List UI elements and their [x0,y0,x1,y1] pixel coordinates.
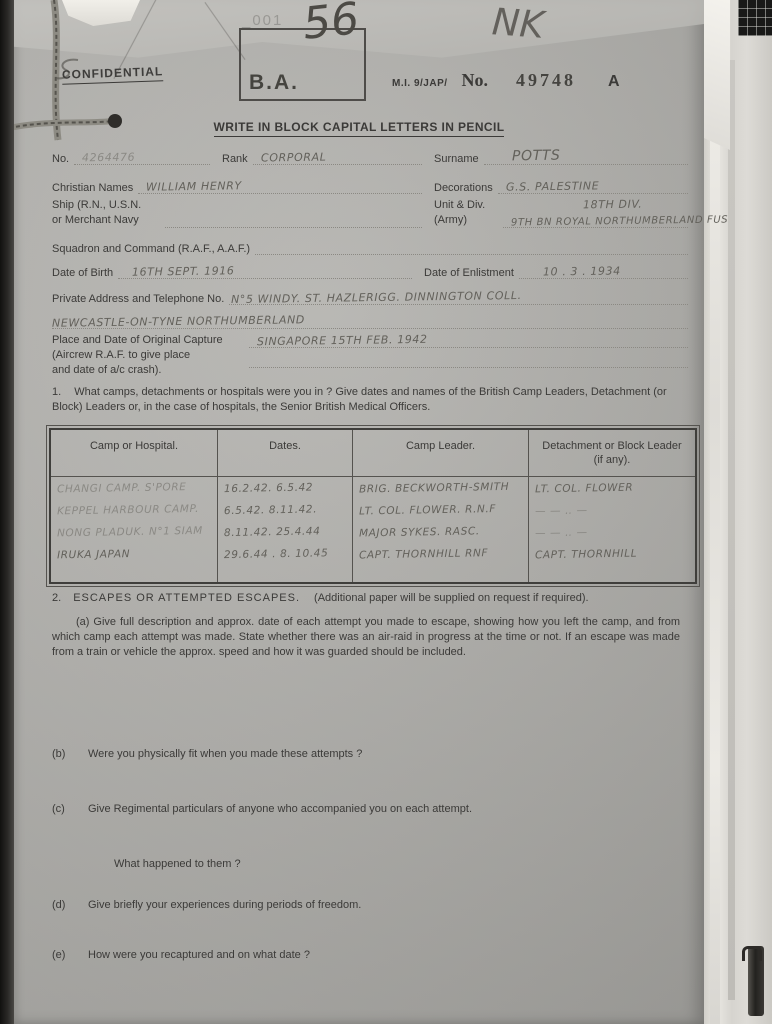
detachment-column: LT. COL. FLOWER — — ‥ — — — ‥ — CAPT. TH… [529,477,695,582]
handwritten-stamp-number: 56 [300,0,361,50]
mi9-ref-prefix: M.I. 9/JAP/ [392,78,448,89]
rank-value: CORPORAL [261,151,327,165]
field-row-squadron: Squadron and Command (R.A.F., A.A.F.) [52,240,688,255]
pencil-corner-mark: NK [491,0,546,47]
table-row-camp: KEPPEL HARBOUR CAMP. [57,503,213,518]
table-row-camp: IRUKA JAPAN [57,547,213,562]
table-row-leader: BRIG. BECKWORTH-SMITH [359,481,524,496]
question-2d-text: Give briefly your experiences during per… [88,898,361,913]
table-row-detachment: — — ‥ — [535,525,691,540]
question-2-title: ESCAPES OR ATTEMPTED ESCAPES. [73,591,300,606]
camp-table-header-dates: Dates. [218,430,353,477]
date-of-birth-value: 16TH SEPT. 1916 [132,264,235,278]
capture-label-line2: (Aircrew R.A.F. to give place [52,348,244,363]
confidential-marking: CONFIDENTIAL [62,64,164,85]
division-value: 18TH DIV. [583,198,643,212]
christian-names-label: Christian Names [52,182,133,194]
question-1: 1. What camps, detachments or hospitals … [52,385,680,415]
camp-table-header-leader: Camp Leader. [353,430,529,477]
table-row-dates: 16.2.42. 6.5.42 [224,481,348,495]
ba-stamp-label: B.A. [249,71,299,95]
field-row-dates: Date of Birth 16TH SEPT. 1916 Date of En… [52,264,688,279]
question-2e: (e) How were you recaptured and on what … [52,948,680,963]
question-1-text: What camps, detachments or hospitals wer… [52,386,667,413]
question-1-number: 1. [52,386,61,398]
ship-value-line [165,213,422,228]
camp-table: Camp or Hospital. Dates. Camp Leader. De… [49,428,697,584]
table-row-dates: 8.11.42. 25.4.44 [224,525,348,539]
faint-page-number: _001 [242,12,283,29]
question-2c2-text: What happened to them ? [114,858,241,870]
date-of-enlistment-value: 10 . 3 . 1934 [543,264,621,278]
field-row-identity: No. 4264476 Rank CORPORAL Surname POTTS [52,150,688,165]
question-2a-letter: (a) [76,616,89,628]
question-2b-text: Were you physically fit when you made th… [88,747,362,762]
table-row-detachment: — — ‥ — [535,503,691,518]
questionnaire-page: _001 NK CONFIDENTIAL B.A. 56 M.I. 9/JAP/… [14,0,704,1024]
form-instruction-title: WRITE IN BLOCK CAPITAL LETTERS IN PENCIL [14,120,704,134]
ref-no-label: No. [462,70,489,91]
table-row-camp: NONG PLADUK. N°1 SIAM [57,525,213,540]
address-value-line1: N°5 WINDY. ST. HAZLERIGG. DINNINGTON COL… [231,289,522,306]
question-2e-text: How were you recaptured and on what date… [88,948,310,963]
dates-column: 16.2.42. 6.5.42 6.5.42. 8.11.42. 8.11.42… [218,477,353,582]
decorations-label: Decorations [434,182,493,194]
question-2d-letter: (d) [52,898,88,913]
binder-clip [748,946,764,1016]
table-row-dates: 6.5.42. 8.11.42. [224,503,348,517]
unit-value: 9TH BN ROYAL NORTHUMBERLAND FUS [511,214,728,228]
question-2b: (b) Were you physically fit when you mad… [52,747,680,762]
date-of-birth-label: Date of Birth [52,267,113,279]
question-2d: (d) Give briefly your experiences during… [52,898,680,913]
question-2c-followup: What happened to them ? [52,857,680,872]
photo-corner-grid [738,0,772,36]
reference-number-line: M.I. 9/JAP/ No. 49748 A [392,70,620,91]
question-2c-text: Give Regimental particulars of anyone wh… [88,802,472,817]
question-2b-letter: (b) [52,747,88,762]
question-2c-letter: (c) [52,802,88,817]
paper-edge-strip [728,60,735,1000]
christian-names-value: WILLIAM HENRY [146,179,242,193]
field-row-address: Private Address and Telephone No. N°5 WI… [52,290,688,305]
table-row-detachment: LT. COL. FLOWER [535,481,691,496]
squadron-value-line [255,240,688,255]
field-row-ship-unit: Ship (R.N., U.S.N. or Merchant Navy Unit… [52,198,688,228]
table-row-leader: MAJOR SYKES. RASC. [359,525,524,540]
camp-table-header-camp: Camp or Hospital. [51,430,218,477]
unit-div-label-line2: (Army) [434,213,498,228]
unit-div-label-line1: Unit & Div. [434,198,498,213]
question-2a: (a) Give full description and approx. da… [52,615,680,660]
ba-stamp-box: B.A. 56 [239,28,366,101]
leader-column: BRIG. BECKWORTH-SMITH LT. COL. FLOWER. R… [353,477,529,582]
no-label: No. [52,153,69,165]
question-2-heading: 2. ESCAPES OR ATTEMPTED ESCAPES. (Additi… [52,591,680,606]
surname-value: POTTS [512,148,561,165]
capture-label-line1: Place and Date of Original Capture [52,333,244,348]
capture-label-line3: and date of a/c crash). [52,363,244,378]
capture-value: SINGAPORE 15TH FEB. 1942 [257,333,428,348]
table-row-dates: 29.6.44 . 8. 10.45 [224,547,348,561]
surname-label: Surname [434,153,479,165]
field-row-capture: Place and Date of Original Capture (Airc… [52,333,688,378]
field-row-names: Christian Names WILLIAM HENRY Decoration… [52,179,688,194]
ref-number: 49748 [516,70,576,91]
table-row-leader: CAPT. THORNHILL RNF [359,547,524,562]
camp-column: CHANGI CAMP. S'PORE KEPPEL HARBOUR CAMP.… [51,477,218,582]
rank-label: Rank [222,153,248,165]
table-row-leader: LT. COL. FLOWER. R.N.F [359,503,524,518]
capture-value-line2 [249,353,688,368]
question-2a-text: Give full description and approx. date o… [52,616,680,658]
camp-table-header-detachment: Detachment or Block Leader (if any). [529,430,695,477]
photo-dark-edge-left [0,0,14,1024]
table-row-camp: CHANGI CAMP. S'PORE [57,481,213,496]
ship-label-line2: or Merchant Navy [52,213,160,228]
ship-label-line1: Ship (R.N., U.S.N. [52,198,160,213]
address-value-line2: NEWCASTLE-ON-TYNE NORTHUMBERLAND [52,313,305,330]
question-2e-letter: (e) [52,948,88,963]
service-number-value: 4264476 [82,151,135,165]
paper-edge-strip [710,0,720,1024]
address-label: Private Address and Telephone No. [52,293,224,305]
question-2c: (c) Give Regimental particulars of anyon… [52,802,680,817]
ref-suffix: A [608,73,620,91]
squadron-label: Squadron and Command (R.A.F., A.A.F.) [52,243,250,255]
question-2-number: 2. [52,591,61,606]
table-row-detachment: CAPT. THORNHILL [535,547,691,562]
date-of-enlistment-label: Date of Enlistment [424,267,514,279]
question-2-note: (Additional paper will be supplied on re… [314,591,589,606]
field-row-address2: NEWCASTLE-ON-TYNE NORTHUMBERLAND [52,314,688,329]
decorations-value: G.S. PALESTINE [506,179,599,193]
